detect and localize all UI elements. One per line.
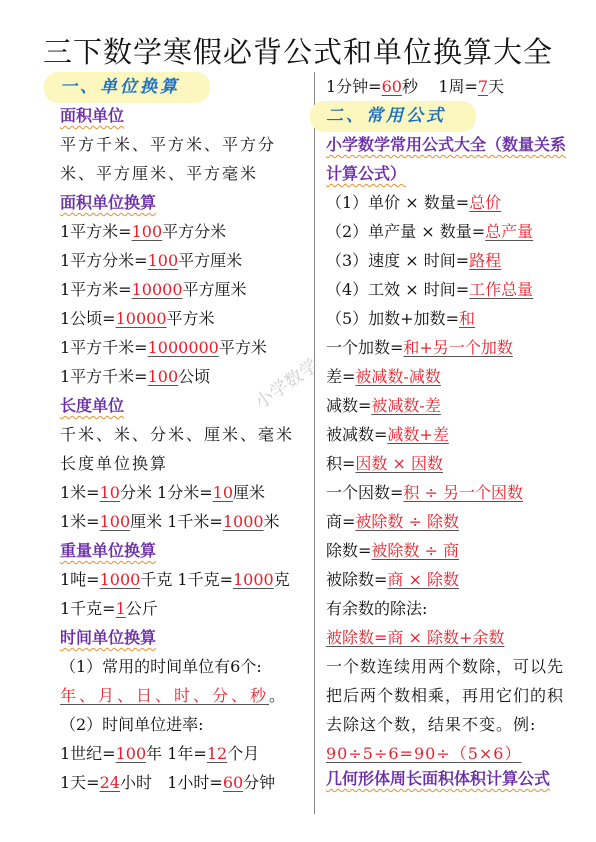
formula-row: （5）加数+加数=和 xyxy=(326,304,586,333)
formula-row: 一个因数=积 ÷ 另一个因数 xyxy=(326,478,586,507)
formula-row-value: 被减数-差 xyxy=(371,396,440,415)
heading-geometry: 几何形体周长面积体积计算公式 xyxy=(326,769,550,788)
time-conversion-row-value: 60 xyxy=(382,77,402,96)
period: 。 xyxy=(269,686,288,705)
formula-row: （1）单价 × 数量=总价 xyxy=(326,188,586,217)
formula-row: 被减数=减数+差 xyxy=(326,420,586,449)
length-conversion-row-value: 10 xyxy=(100,483,120,502)
formula-row-label: 差= xyxy=(326,367,355,386)
heading-formulas: 小学数学常用公式大全（数量关系计算公式） xyxy=(326,135,566,183)
length-conversion-row-label: 1分米= xyxy=(157,483,213,502)
length-conversion-row-label: 1千米= xyxy=(167,512,223,531)
area-conversion-row-unit: 平方厘米 xyxy=(183,280,247,299)
remainder-formula: 被除数=商 × 除数+余数 xyxy=(326,628,504,647)
area-conversion-row-value: 10000 xyxy=(116,309,167,328)
formula-row: 除数=被除数 ÷ 商 xyxy=(326,536,586,565)
time-conversion-row-label: 1世纪= xyxy=(60,744,116,763)
formula-row-value: 被减数-减数 xyxy=(355,367,440,386)
length-conversion-row-unit: 厘米 xyxy=(130,512,167,531)
formula-row-value: 路程 xyxy=(469,251,501,270)
time-conversion-row-value: 60 xyxy=(223,773,243,792)
area-conversion-row-value: 100 xyxy=(132,222,163,241)
time-conversion-row-unit: 小时 xyxy=(120,773,167,792)
time-conversion-row-value: 7 xyxy=(478,77,488,96)
time-conversion-row-value: 100 xyxy=(116,744,147,763)
section-common-formulas: 二、常用公式 xyxy=(310,101,476,132)
area-conversion-row: 1平方米=10000平方厘米 xyxy=(60,275,310,304)
formula-row-label: （3）速度 × 时间= xyxy=(326,251,469,270)
heading-length-units: 长度单位 xyxy=(60,396,124,415)
length-conversion-label: 长度单位换算 xyxy=(60,449,310,478)
weight-conversion-row-label: 1千克= xyxy=(60,599,116,618)
formula-row-value: 积 ÷ 另一个因数 xyxy=(403,483,523,502)
right-column: 1分钟=60秒 1周=7天 二、常用公式 小学数学常用公式大全（数量关系计算公式… xyxy=(326,72,586,790)
heading-area-units: 面积单位 xyxy=(60,106,124,125)
area-conversion-row-unit: 平方厘米 xyxy=(178,251,242,270)
area-conversion-row: 1平方千米=1000000平方米 xyxy=(60,333,310,362)
length-conversion-row-unit: 分米 xyxy=(120,483,157,502)
length-conversion-row: 1米=10分米 1分米=10厘米 xyxy=(60,478,310,507)
formula-row-value: 商 × 除数 xyxy=(387,570,459,589)
formula-row: 一个加数=和+另一个加数 xyxy=(326,333,586,362)
time-conversion-row-label: 1分钟= xyxy=(326,77,382,96)
column-divider xyxy=(314,72,315,814)
time-conversion-row: 1分钟=60秒 1周=7天 xyxy=(326,72,586,101)
time-units-list: 年、月、日、时、分、秒 xyxy=(60,686,269,705)
area-units-text: 平方千米、平方米、平方分米、平方厘米、平方毫米 xyxy=(60,130,305,188)
formula-row: （3）速度 × 时间=路程 xyxy=(326,246,586,275)
length-conversion-row-value: 1000 xyxy=(223,512,264,531)
time-conversion-row-value: 12 xyxy=(207,744,227,763)
area-conversion-row-unit: 平方分米 xyxy=(162,222,226,241)
formula-row-label: （2）单产量 × 数量= xyxy=(326,222,485,241)
time-conversion-row: 1世纪=100年 1年=12个月 xyxy=(60,739,310,768)
formula-row-value: 和+另一个加数 xyxy=(403,338,512,357)
left-column: 一、单位换算 面积单位 平方千米、平方米、平方分米、平方厘米、平方毫米 面积单位… xyxy=(60,72,310,797)
section-unit-conversion: 一、单位换算 xyxy=(44,72,210,103)
formula-row-value: 总价 xyxy=(469,193,501,212)
area-conversion-row-unit: 平方米 xyxy=(219,338,267,357)
time-conversion-row-unit: 年 xyxy=(146,744,167,763)
formula-row-label: 一个因数= xyxy=(326,483,403,502)
formula-row-label: 被除数= xyxy=(326,570,387,589)
formula-row-value: 因数 × 因数 xyxy=(355,454,443,473)
time-units-intro: （1）常用的时间单位有6个: xyxy=(60,652,310,681)
formula-row-label: 被减数= xyxy=(326,425,387,444)
heading-weight-conversion: 重量单位换算 xyxy=(60,541,156,560)
area-conversion-row-label: 1平方米= xyxy=(60,222,132,241)
formula-row: 商=被除数 ÷ 除数 xyxy=(326,507,586,536)
formula-row-label: 一个加数= xyxy=(326,338,403,357)
length-units-text: 千米、米、分米、厘米、毫米 xyxy=(60,420,310,449)
weight-conversion-row-unit: 克 xyxy=(274,570,290,589)
time-conversion-row: 1天=24小时 1小时=60分钟 xyxy=(60,768,310,797)
length-conversion-row-unit: 米 xyxy=(264,512,280,531)
time-rates-intro: （2）时间单位进率: xyxy=(60,710,310,739)
formula-row-value: 总产量 xyxy=(485,222,533,241)
area-conversion-row: 1平方米=100平方分米 xyxy=(60,217,310,246)
time-conversion-row-label: 1周= xyxy=(438,77,478,96)
area-conversion-row-label: 1平方米= xyxy=(60,280,132,299)
formula-row: 积=因数 × 因数 xyxy=(326,449,586,478)
formula-row: 减数=被减数-差 xyxy=(326,391,586,420)
area-conversion-row: 1平方千米=100公顷 xyxy=(60,362,310,391)
formula-row-value: 工作总量 xyxy=(469,280,533,299)
heading-time-conversion: 时间单位换算 xyxy=(60,628,156,647)
formula-row: 差=被减数-减数 xyxy=(326,362,586,391)
weight-conversion-row-unit: 千克 xyxy=(140,570,177,589)
division-example: 90÷5÷6=90÷（5×6） xyxy=(326,744,521,763)
formula-row: 被除数=商 × 除数 xyxy=(326,565,586,594)
area-conversion-row-value: 1000000 xyxy=(148,338,219,357)
formula-row-label: （4）工效 × 时间= xyxy=(326,280,469,299)
weight-conversion-row-value: 1 xyxy=(116,599,126,618)
length-conversion-row-label: 1米= xyxy=(60,483,100,502)
time-conversion-row-label: 1年= xyxy=(167,744,207,763)
formula-row-label: 积= xyxy=(326,454,355,473)
area-conversion-row-unit: 公顷 xyxy=(178,367,210,386)
weight-conversion-row-unit: 公斤 xyxy=(126,599,158,618)
area-conversion-row-label: 1平方千米= xyxy=(60,367,148,386)
formula-row-value: 被除数 ÷ 除数 xyxy=(355,512,459,531)
weight-conversion-row-label: 1吨= xyxy=(60,570,100,589)
formula-row-value: 减数+差 xyxy=(387,425,448,444)
area-conversion-row-label: 1平方千米= xyxy=(60,338,148,357)
formula-row-label: （5）加数+加数= xyxy=(326,309,459,328)
time-conversion-row-label: 1天= xyxy=(60,773,100,792)
length-conversion-row-unit: 厘米 xyxy=(233,483,265,502)
time-conversion-row-unit: 秒 xyxy=(402,77,438,96)
time-conversion-row-unit: 个月 xyxy=(227,744,259,763)
length-conversion-row-label: 1米= xyxy=(60,512,100,531)
formula-row: （2）单产量 × 数量=总产量 xyxy=(326,217,586,246)
length-conversion-row-value: 100 xyxy=(100,512,131,531)
remainder-label: 有余数的除法: xyxy=(326,594,586,623)
area-conversion-row-value: 100 xyxy=(148,367,179,386)
weight-conversion-row-value: 1000 xyxy=(100,570,141,589)
weight-conversion-row: 1吨=1000千克 1千克=1000克 xyxy=(60,565,310,594)
area-conversion-row-label: 1公顷= xyxy=(60,309,116,328)
formula-row-label: 减数= xyxy=(326,396,371,415)
area-conversion-row-value: 100 xyxy=(148,251,179,270)
weight-conversion-row-label: 1千克= xyxy=(177,570,233,589)
heading-area-conversion: 面积单位换算 xyxy=(60,193,156,212)
formula-row-label: 除数= xyxy=(326,541,371,560)
length-conversion-row: 1米=100厘米 1千米=1000米 xyxy=(60,507,310,536)
formula-row-value: 被除数 ÷ 商 xyxy=(371,541,459,560)
area-conversion-row-label: 1平方分米= xyxy=(60,251,148,270)
formula-row-label: （1）单价 × 数量= xyxy=(326,193,469,212)
area-conversion-row: 1公顷=10000平方米 xyxy=(60,304,310,333)
formula-row-value: 和 xyxy=(459,309,475,328)
time-conversion-row-unit: 分钟 xyxy=(243,773,275,792)
time-conversion-row-value: 24 xyxy=(100,773,120,792)
formula-row: （4）工效 × 时间=工作总量 xyxy=(326,275,586,304)
area-conversion-row-unit: 平方米 xyxy=(167,309,215,328)
division-paragraph: 一个数连续用两个数除，可以先把后两个数相乘，再用它们的积去除这个数，结果不变。例… xyxy=(326,657,564,734)
weight-conversion-row: 1千克=1公斤 xyxy=(60,594,310,623)
page-title: 三下数学寒假必背公式和单位换算大全 xyxy=(0,30,596,71)
area-conversion-row-value: 10000 xyxy=(132,280,183,299)
length-conversion-row-value: 10 xyxy=(213,483,233,502)
formula-row-label: 商= xyxy=(326,512,355,531)
time-conversion-row-label: 1小时= xyxy=(167,773,223,792)
weight-conversion-row-value: 1000 xyxy=(233,570,274,589)
time-conversion-row-unit: 天 xyxy=(488,77,504,96)
area-conversion-row: 1平方分米=100平方厘米 xyxy=(60,246,310,275)
